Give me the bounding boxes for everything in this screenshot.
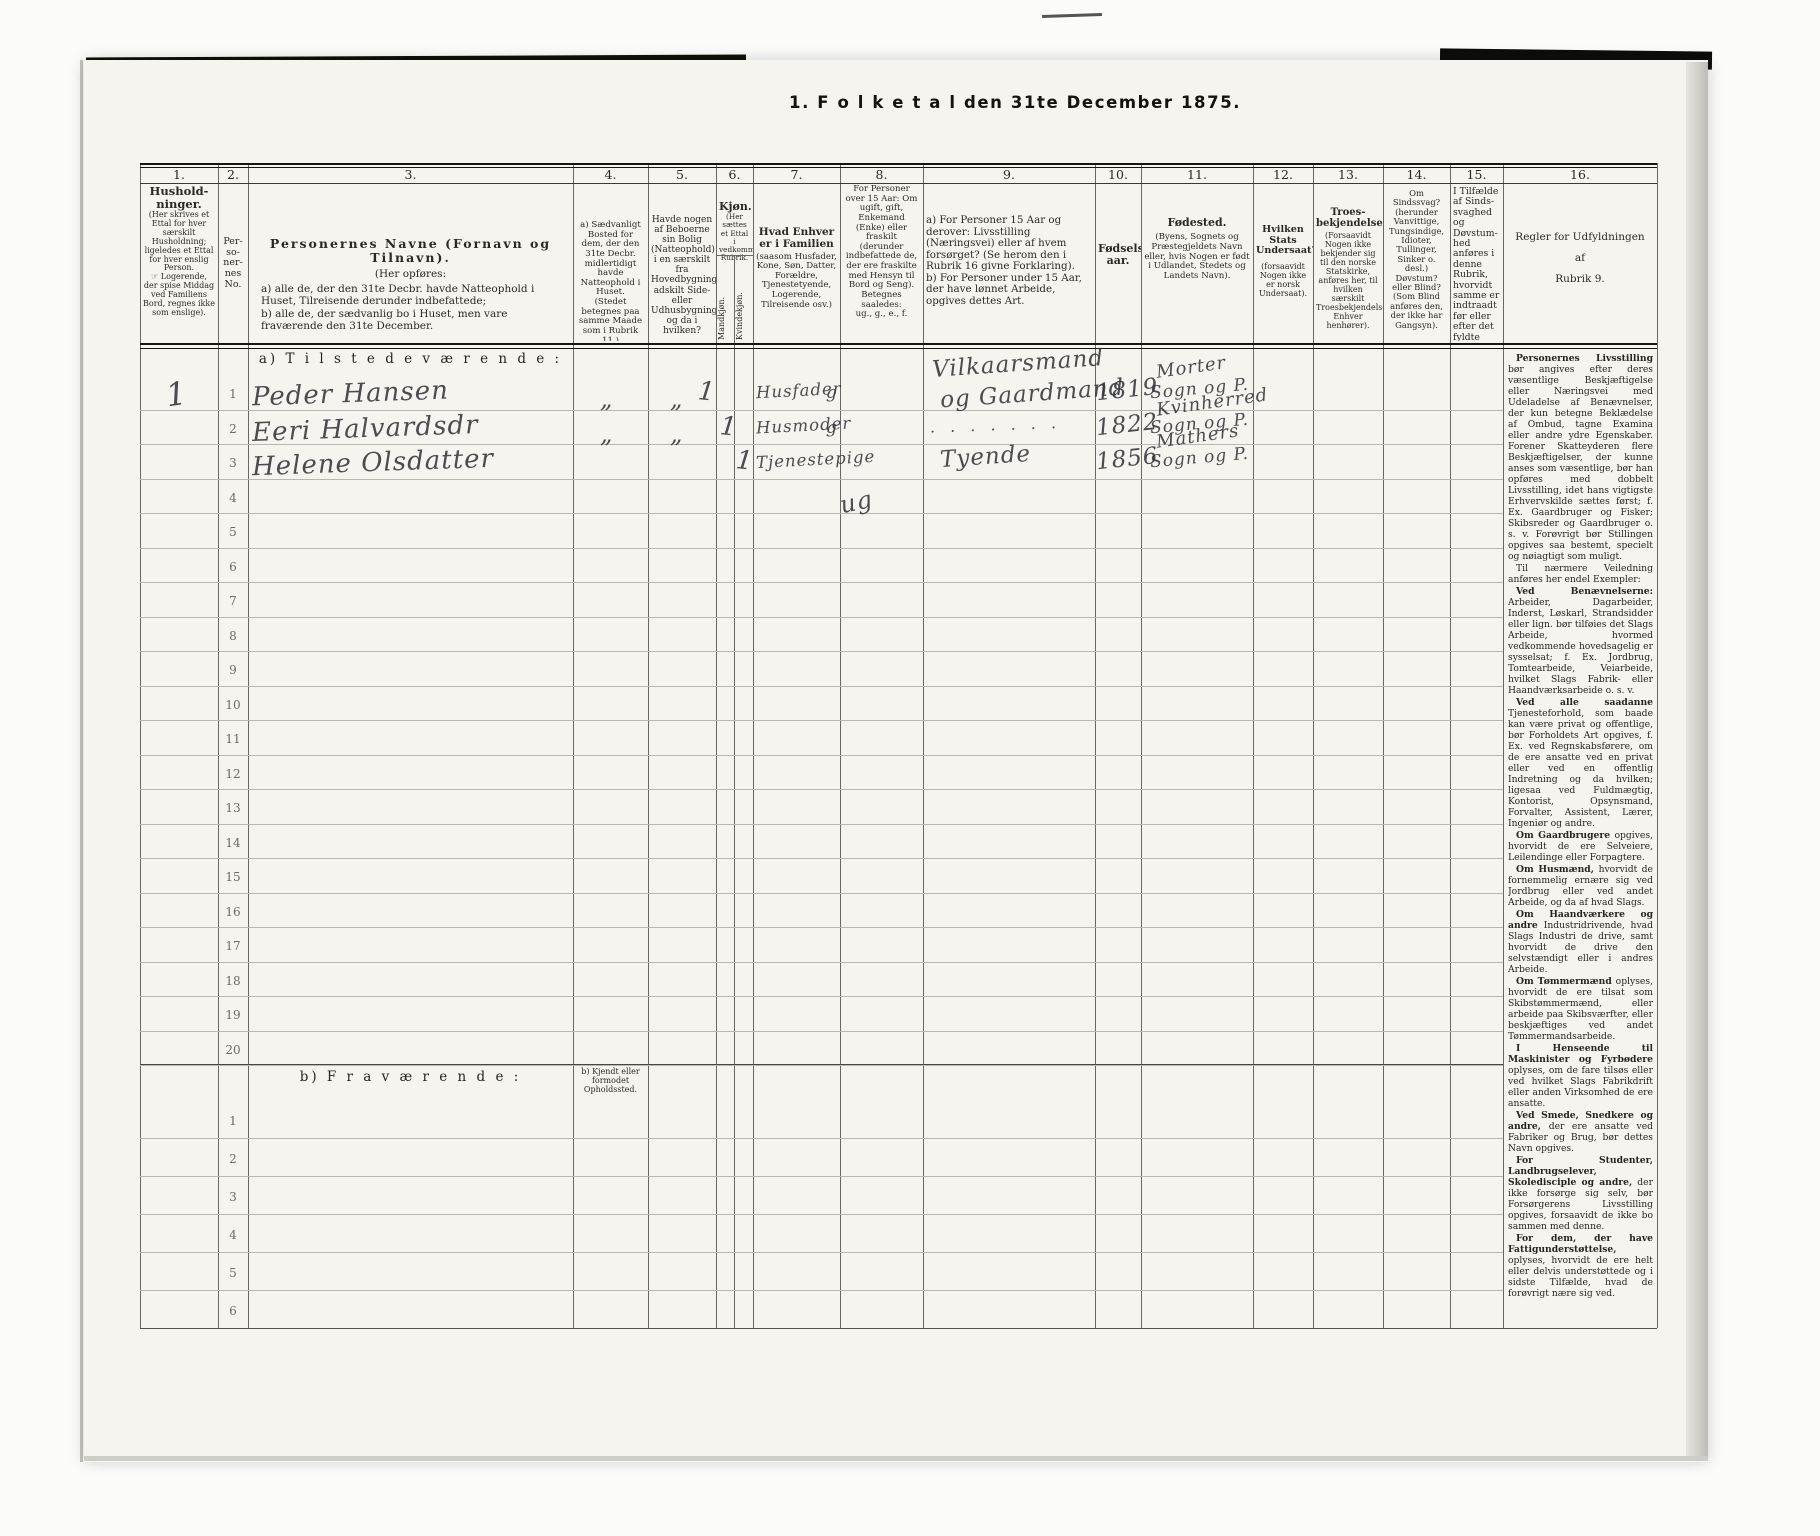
instructions-paragraph: Personernes Livsstilling bør angives eft… — [1508, 353, 1653, 562]
handwritten-entry: Peder Hansen — [252, 376, 450, 413]
person-number: 4 — [218, 491, 248, 505]
column-border — [1383, 163, 1384, 1328]
handwritten-entry: · · · · · · · — [930, 417, 1062, 441]
row-line — [140, 858, 1503, 859]
person-number: 12 — [218, 767, 248, 781]
column-border — [753, 163, 754, 1328]
row-line — [140, 720, 1503, 721]
instructions-paragraph: Til nærmere Veiledning anføres her endel… — [1508, 563, 1653, 585]
row-line — [140, 651, 1503, 652]
column-border — [923, 163, 924, 1328]
header-bottom-rule — [140, 343, 1657, 345]
column-number: 1. — [140, 167, 218, 183]
column-header-occupation: a) For Personer 15 Aar og derover: Livss… — [923, 183, 1095, 341]
section-b-residence-note: b) Kjendt eller formodet Opholdssted. — [575, 1067, 646, 1095]
person-number: 1 — [218, 1114, 248, 1128]
column-number: 13. — [1313, 167, 1383, 183]
column-header-birthplace: Fødested. (Byens, Sognets og Præstegjeld… — [1141, 183, 1253, 341]
column-border — [140, 163, 141, 1328]
header-bottom-rule-thin — [140, 348, 1657, 349]
row-line — [140, 1138, 1503, 1139]
scan-speck — [1042, 13, 1102, 18]
row-line — [140, 582, 1503, 583]
person-number: 7 — [218, 594, 248, 608]
person-number: 5 — [218, 525, 248, 539]
row-line — [140, 996, 1503, 997]
column-header-disabilities: Om Sindssvag? (herunder Vanvittige, Tung… — [1383, 183, 1450, 341]
person-number: 5 — [218, 1266, 248, 1280]
person-number: 4 — [218, 1228, 248, 1242]
handwritten-entry: 1 — [696, 376, 717, 408]
instructions-paragraph: Ved alle saadanne Tjenesteforhold, som b… — [1508, 697, 1653, 829]
column-number: 15. — [1450, 167, 1503, 183]
person-number: 14 — [218, 836, 248, 850]
person-number: 2 — [218, 422, 248, 436]
number-row-rule — [140, 183, 1657, 184]
row-line — [140, 617, 1503, 618]
instructions-column: Personernes Livsstilling bør angives eft… — [1508, 353, 1653, 1303]
section-a-label: a) T i l s t e d e v æ r e n d e : — [248, 351, 573, 367]
column-header-person-no: Per- so- ner- nes No. — [218, 183, 248, 341]
column-border — [1450, 163, 1451, 1328]
handwritten-entry: „ — [670, 420, 683, 448]
row-line — [140, 893, 1503, 894]
instructions-paragraph: For dem, der have Fattigunderstøttelse, … — [1508, 1233, 1653, 1299]
instructions-paragraph: Om Tømmermænd oplyses, hvorvidt de ere t… — [1508, 976, 1653, 1042]
female-column-label: Kvindekjøn. — [736, 258, 753, 340]
section-b-label: b) F r a v æ r e n d e : — [248, 1069, 573, 1085]
column-border — [1253, 163, 1254, 1328]
row-line — [140, 1214, 1503, 1215]
row-line — [140, 1031, 1503, 1032]
person-number: 16 — [218, 905, 248, 919]
column-border — [648, 163, 649, 1328]
row-line — [140, 755, 1503, 756]
column-number: 8. — [840, 167, 923, 183]
row-line — [140, 410, 1503, 411]
column-header-usual-residence: a) Sædvanligt Bosted for dem, der den 31… — [573, 183, 648, 341]
column-border — [1095, 163, 1096, 1328]
instructions-paragraph: I Henseende til Maskinister og Fyrbødere… — [1508, 1043, 1653, 1109]
column-header-disability-age: I Tilfælde af Sinds-svaghed og Døvstum-h… — [1450, 183, 1503, 341]
column-border — [716, 163, 717, 1328]
person-number: 6 — [218, 1304, 248, 1318]
instructions-paragraph: Ved Benævnelserne: Arbeider, Dagarbeider… — [1508, 586, 1653, 696]
column-border — [1141, 163, 1142, 1328]
person-number: 15 — [218, 870, 248, 884]
person-number: 20 — [218, 1043, 248, 1057]
column-border — [840, 163, 841, 1328]
handwritten-entry: g — [826, 418, 838, 438]
column-header-names: Personernes Navne (Fornavn og Tilnavn). … — [248, 183, 573, 341]
column-number: 6. — [716, 167, 753, 183]
row-line — [140, 686, 1503, 687]
handwritten-entry: g — [826, 383, 838, 403]
person-number: 9 — [218, 663, 248, 677]
row-line — [140, 962, 1503, 963]
column-header-households: Hushold- ninger. (Her skrives et Ettal f… — [140, 183, 218, 341]
column-header-religion: Troes- bekjendelse. (Forsaavidt Nogen ik… — [1313, 183, 1383, 341]
row-line — [140, 789, 1503, 790]
person-number: 13 — [218, 801, 248, 815]
handwritten-entry: Eeri Halvardsdr — [252, 410, 479, 448]
person-number: 19 — [218, 1008, 248, 1022]
handwritten-entry: 1 — [734, 445, 755, 477]
column-number: 12. — [1253, 167, 1313, 183]
column-border — [1657, 163, 1658, 1328]
row-line — [140, 513, 1503, 514]
person-number: 1 — [218, 387, 248, 401]
column-number: 5. — [648, 167, 716, 183]
page-title: 1. F o l k e t a l den 31te December 187… — [789, 93, 1249, 112]
row-line — [140, 1290, 1503, 1291]
person-number: 6 — [218, 560, 248, 574]
column-number: 4. — [573, 167, 648, 183]
page-left-edge — [80, 60, 83, 1462]
handwritten-entry: „ — [670, 385, 683, 413]
instructions-paragraph: Ved Smede, Snedkere og andre, der ere an… — [1508, 1110, 1653, 1154]
instructions-paragraph: Om Haandværkere og andre Industridrivend… — [1508, 909, 1653, 975]
person-number: 8 — [218, 629, 248, 643]
column-number: 14. — [1383, 167, 1450, 183]
row-line — [140, 1252, 1503, 1253]
handwritten-entry: „ — [600, 420, 613, 448]
handwritten-entry: 1 — [718, 411, 739, 443]
page-right-edge — [1686, 62, 1708, 1460]
page-bottom-edge — [84, 1456, 1708, 1461]
top-rule-thin — [140, 167, 1657, 168]
column-border — [1503, 163, 1504, 1328]
instructions-paragraph: Om Husmænd, hvorvidt de fornemmelig ernæ… — [1508, 864, 1653, 908]
person-number: 17 — [218, 939, 248, 953]
top-rule — [140, 163, 1657, 165]
row-line — [140, 1176, 1503, 1177]
column-number: 16. — [1503, 167, 1657, 183]
handwritten-entry: Tyende — [939, 441, 1032, 473]
sex-header-divider — [716, 255, 753, 256]
person-number: 11 — [218, 732, 248, 746]
column-number: 11. — [1141, 167, 1253, 183]
person-number: 10 — [218, 698, 248, 712]
row-line — [140, 824, 1503, 825]
person-number: 3 — [218, 1190, 248, 1204]
column-header-marital-status: For Personer over 15 Aar: Om ugift, gift… — [840, 183, 923, 341]
male-column-label: Mandkjøn. — [718, 258, 735, 340]
document-sheet: 1. F o l k e t a l den 31te December 187… — [84, 60, 1708, 1462]
row-line — [140, 548, 1503, 549]
row-line — [140, 927, 1503, 928]
column-number: 10. — [1095, 167, 1141, 183]
handwritten-entry: 1 — [163, 374, 189, 415]
handwritten-entry: Helene Olsdatter — [252, 444, 495, 482]
column-border — [573, 163, 574, 1328]
column-number: 9. — [923, 167, 1095, 183]
column-number: 2. — [218, 167, 248, 183]
column-header-family-position: Hvad Enhver er i Familien (saasom Husfad… — [753, 183, 840, 341]
column-border — [1313, 163, 1314, 1328]
column-number: 3. — [248, 167, 573, 183]
handwritten-entry: Tjenestepige — [756, 447, 876, 472]
column-border — [248, 163, 249, 1328]
handwritten-entry: „ — [600, 385, 613, 413]
person-number: 18 — [218, 974, 248, 988]
instructions-paragraph: Om Gaardbrugere opgives, hvorvidt de ere… — [1508, 830, 1653, 863]
row-line — [140, 1065, 1503, 1066]
column-header-birth-year: Fødsels- aar. — [1095, 183, 1141, 341]
person-number: 2 — [218, 1152, 248, 1166]
census-table: 1. 2. 3. 4. 5. 6. 7. 8. 9. 10. 11. 12. 1… — [140, 163, 1657, 1328]
column-header-rules: Regler for Udfyldningen af Rubrik 9. — [1503, 183, 1657, 341]
column-number: 7. — [753, 167, 840, 183]
person-number: 3 — [218, 456, 248, 470]
instructions-paragraph: For Studenter, Landbrugselever, Skoledis… — [1508, 1155, 1653, 1232]
column-header-citizenship: Hvilken Stats Undersaat? (forsaavidt Nog… — [1253, 183, 1313, 341]
column-header-outbuilding: Havde nogen af Beboerne sin Bolig (Natte… — [648, 183, 716, 341]
table-bottom-rule — [140, 1328, 1657, 1329]
